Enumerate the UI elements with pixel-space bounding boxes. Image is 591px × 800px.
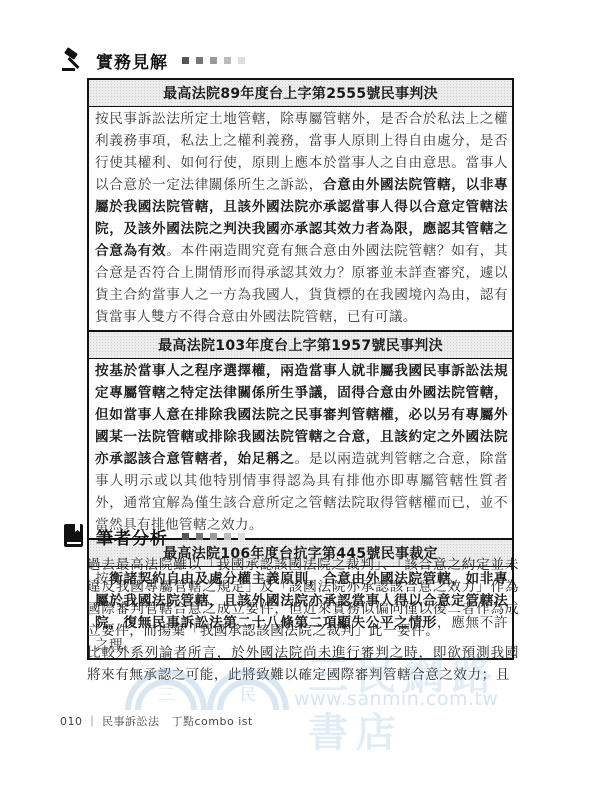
- book-title: 民事訴訟法: [102, 715, 160, 728]
- series-name: 丁點combo ist: [172, 715, 253, 728]
- case-title: 最高法院103年度台上字第1957號民事判決: [89, 330, 512, 359]
- gavel-icon: [60, 46, 88, 74]
- decoration-dot: [224, 533, 231, 540]
- decoration-dot: [210, 533, 217, 540]
- case-body: 按基於當事人之程序選擇權，兩造當事人就非屬我國民事訴訟法規定專屬管轄之特定法律關…: [89, 359, 512, 538]
- case-entry: 最高法院103年度台上字第1957號民事判決 按基於當事人之程序選擇權，兩造當事…: [89, 330, 512, 538]
- analysis-paragraph: 過去最高法院雖以「我國承認該國法院之裁判」、「該合意之約定並未違反我國專屬管轄之…: [87, 554, 519, 642]
- analysis-text: 過去最高法院雖以「我國承認該國法院之裁判」、「該合意之約定並未違反我國專屬管轄之…: [87, 554, 519, 686]
- decoration-dot: [210, 57, 217, 64]
- book-icon: [60, 522, 88, 550]
- decoration-dot: [182, 57, 189, 64]
- section-title-practice: 實務見解: [96, 48, 168, 73]
- decoration-dot: [196, 57, 203, 64]
- section-header-analysis: 筆者分析: [60, 522, 245, 550]
- decoration-dot: [238, 533, 245, 540]
- decoration-dot: [224, 57, 231, 64]
- watermark-url: www.sanmin.com.tw: [294, 688, 498, 710]
- decoration-dot: [182, 533, 189, 540]
- case-title: 最高法院89年度台上字第2555號民事判決: [89, 80, 512, 107]
- section-header-practice: 實務見解: [60, 46, 245, 74]
- decoration-dot: [196, 533, 203, 540]
- analysis-paragraph: 比較外系列論者所言，於外國法院尚未進行審判之時，即欲預測我國將來有無承認之可能，…: [87, 642, 519, 686]
- page-number: 010: [60, 715, 83, 728]
- svg-text:民: 民: [240, 685, 256, 704]
- page-footer: 010｜民事訴訟法 丁點combo ist: [60, 713, 253, 729]
- title-decoration-dots: [182, 533, 245, 540]
- case-entry: 最高法院89年度台上字第2555號民事判決 按民事訴訟法所定土地管轄，除專屬管轄…: [89, 80, 512, 330]
- svg-text:三: 三: [158, 685, 174, 704]
- title-decoration-dots: [182, 57, 245, 64]
- section-title-analysis: 筆者分析: [96, 524, 168, 549]
- decoration-dot: [238, 57, 245, 64]
- case-body: 按民事訴訟法所定土地管轄，除專屬管轄外，是否合於私法上之權利義務事項，私法上之權…: [89, 107, 512, 330]
- footer-separator: ｜: [87, 715, 99, 728]
